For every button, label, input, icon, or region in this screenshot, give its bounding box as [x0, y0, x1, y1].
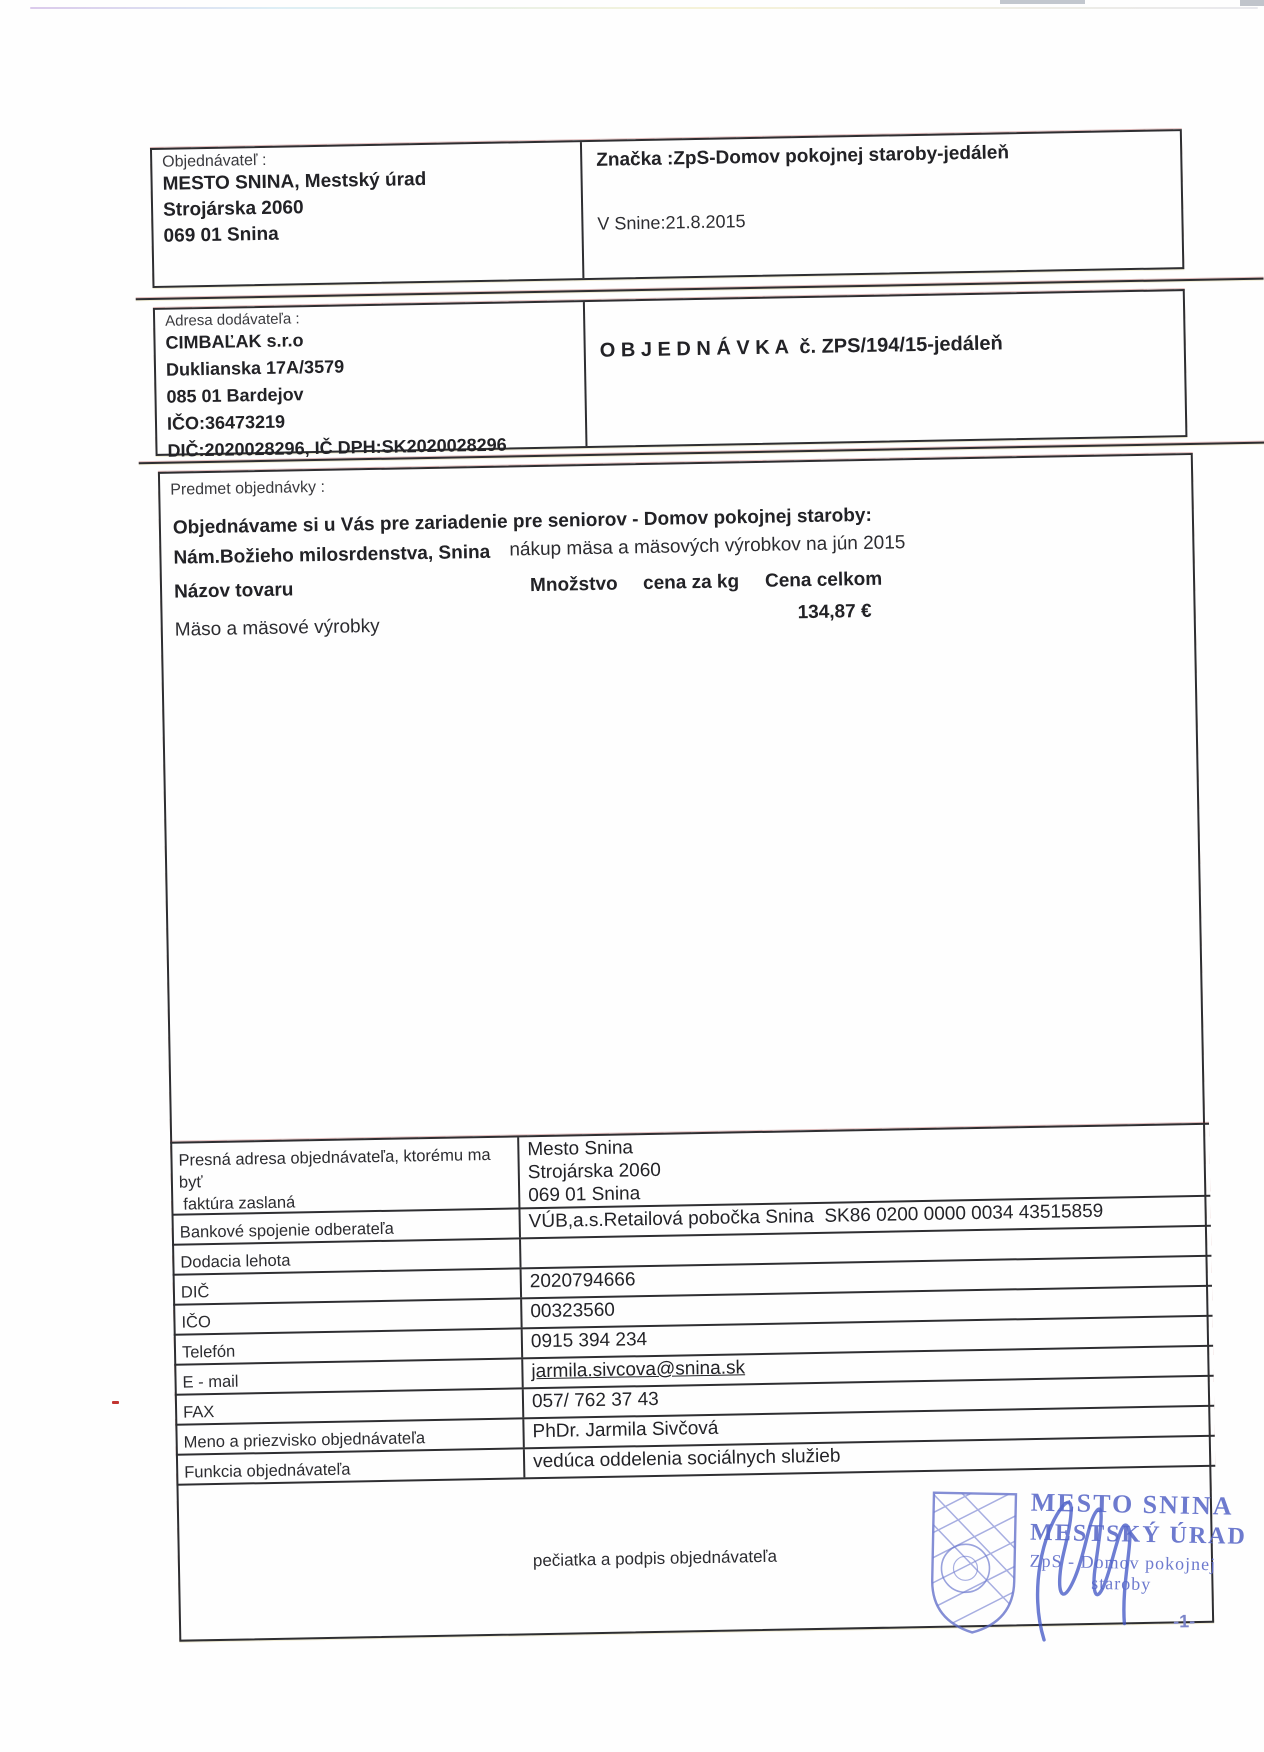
details-label: E - mail [174, 1359, 523, 1393]
details-value: Mesto SninaStrojárska 2060069 01 Snina [519, 1125, 1210, 1210]
order-number-cell: O B J E D N Á V K A č. ZPS/194/15-jedále… [585, 291, 1186, 446]
box-predmet: Predmet objednávky : Objednávame si u Vá… [158, 453, 1214, 1642]
znacka-heading: Značka :ZpS-Domov pokojnej staroby-jedál… [596, 137, 1166, 171]
scan-artifact-smudge [1000, 0, 1085, 4]
znacka-cell: Značka :ZpS-Domov pokojnej staroby-jedál… [582, 131, 1182, 278]
handwritten-signature [1016, 1471, 1160, 1664]
details-label: Telefón [174, 1329, 523, 1363]
dodavatel-cell: Adresa dodávateľa : CIMBAĽAK s.r.o Dukli… [155, 302, 588, 454]
official-stamp: MESTO SNINA MESTSKÝ ÚRAD ZpS - Domov pok… [923, 1482, 1264, 1674]
objednavatel-cell: Objednávateľ : MESTO SNINA, Mestský úrad… [152, 142, 584, 286]
intro-line-2-left: Nám.Božieho milosrdenstva, Snina [173, 542, 490, 570]
scanned-page: Objednávateľ : MESTO SNINA, Mestský úrad… [0, 0, 1264, 1752]
date-line: V Snine:21.8.2015 [597, 203, 1167, 234]
details-label: Funkcia objednávateľa [176, 1449, 525, 1483]
details-label: Bankové spojenie odberateľa [172, 1209, 521, 1243]
details-label: Presná adresa objednávateľa, ktorému ma … [170, 1137, 520, 1215]
details-label: FAX [175, 1389, 524, 1423]
order-number: O B J E D N Á V K A č. ZPS/194/15-jedále… [599, 297, 1170, 362]
box-objednavatel: Objednávateľ : MESTO SNINA, Mestský úrad… [150, 129, 1184, 288]
scan-artifact-smudge [1240, 0, 1264, 6]
col-header-mnozstvo: Množstvo [530, 574, 618, 598]
col-header-cena-celkom: Cena celkom [765, 569, 883, 593]
details-label: IČO [173, 1299, 522, 1333]
coat-of-arms-shield-icon [924, 1488, 1023, 1640]
scan-artifact-red-speck [112, 1401, 119, 1404]
order-item-total: 134,87 € [797, 601, 871, 624]
box-dodavatel: Adresa dodávateľa : CIMBAĽAK s.r.o Dukli… [153, 289, 1188, 456]
scan-artifact-top-line [30, 7, 1258, 9]
col-header-nazov: Názov tovaru [174, 579, 294, 603]
details-label: Dodacia lehota [172, 1239, 521, 1273]
intro-line-2-right: nákup mäsa a mäsových výrobkov na jún 20… [509, 532, 905, 561]
predmet-label: Predmet objednávky : [170, 479, 325, 500]
stamp-caption: pečiatka a podpis objednávateľa [533, 1547, 777, 1571]
col-header-cena-za-kg: cena za kg [643, 571, 739, 595]
details-label: DIČ [173, 1269, 522, 1303]
details-table: Presná adresa objednávateľa, ktorému ma … [170, 1123, 1215, 1486]
details-label: Meno a priezvisko objednávateľa [175, 1419, 524, 1453]
page-number: -1- [1173, 1611, 1195, 1632]
order-item-name: Mäso a mäsové výrobky [175, 616, 380, 642]
